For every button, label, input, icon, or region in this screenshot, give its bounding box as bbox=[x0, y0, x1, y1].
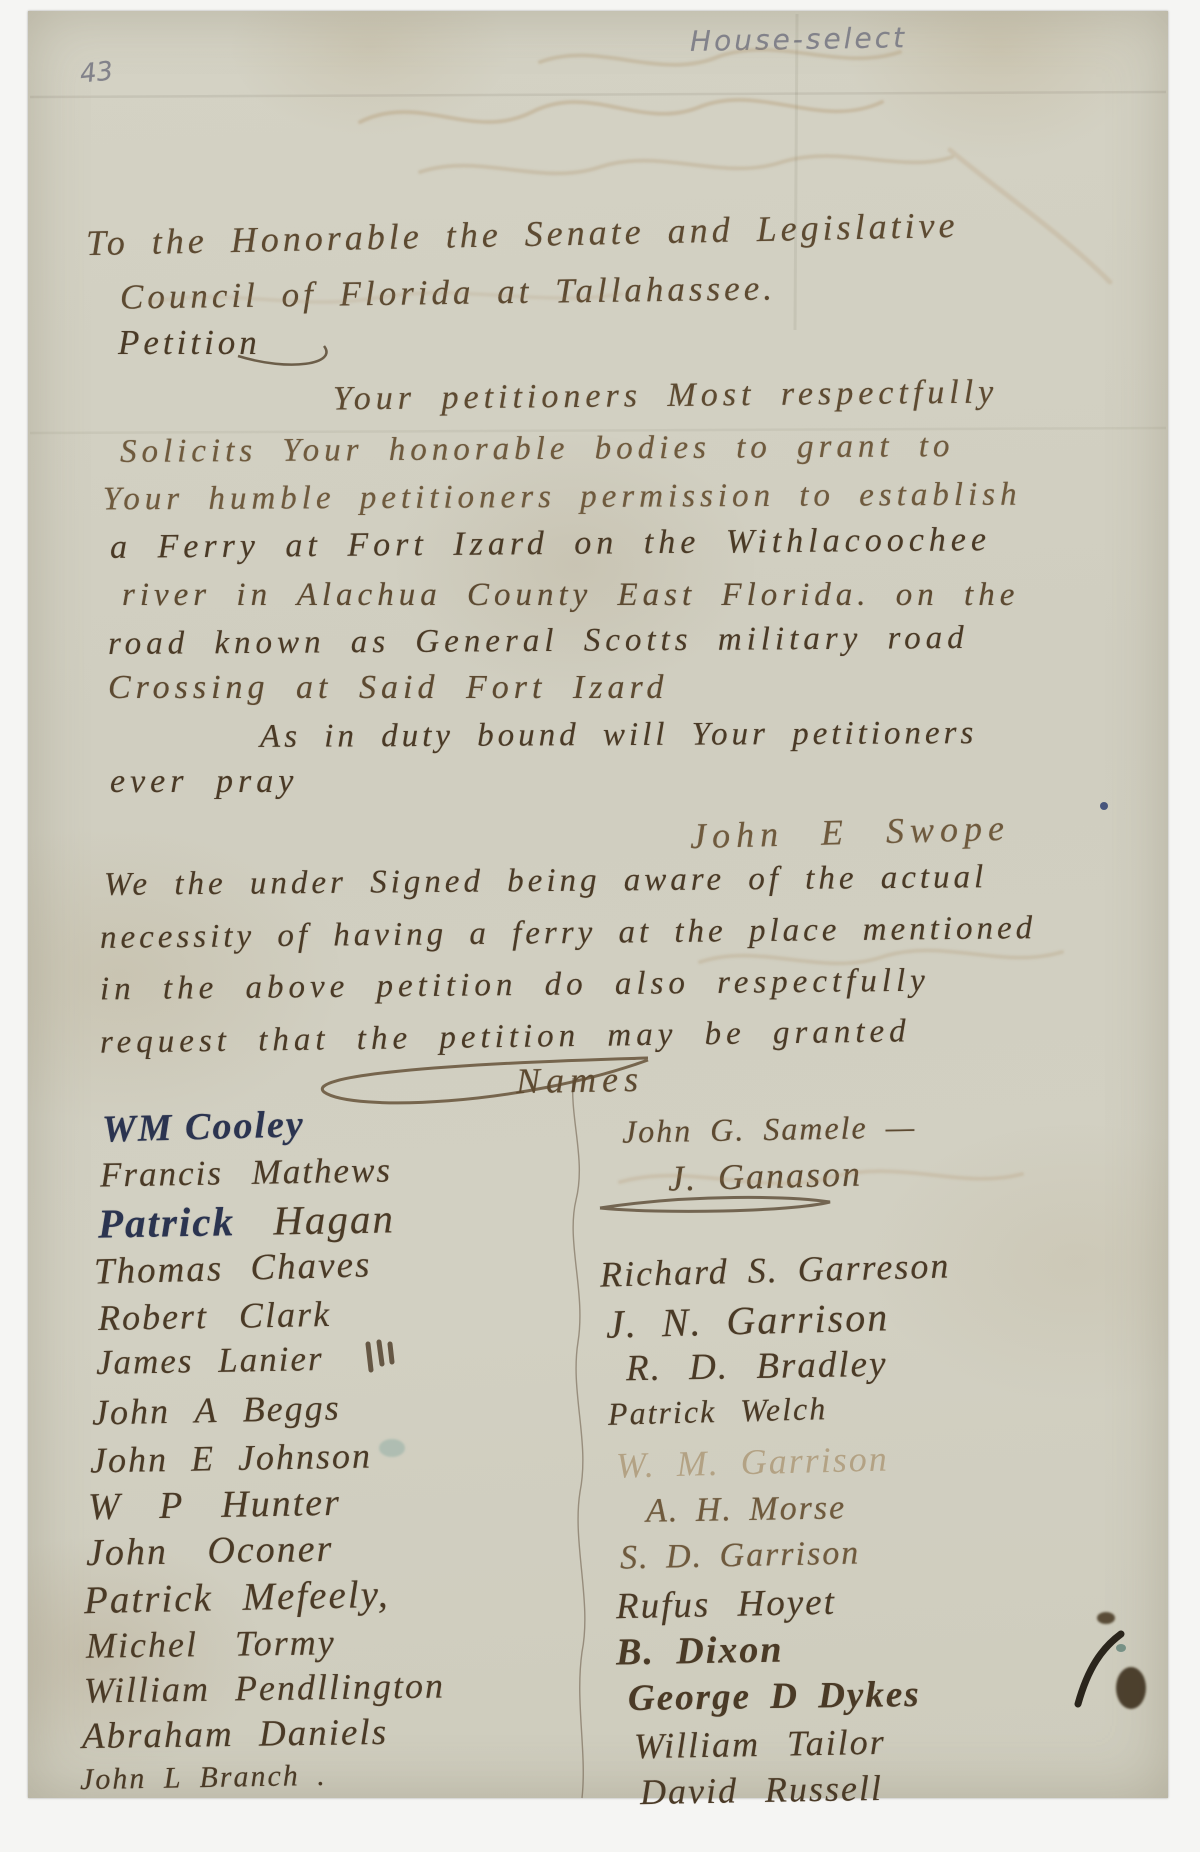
address-line-1: To the Honorable the Senate and Legislat… bbox=[86, 204, 959, 264]
signature-patrick-welch: Patrick Welch bbox=[608, 1390, 828, 1433]
signature-j-n-garrison: J. N. Garrison bbox=[605, 1293, 889, 1347]
signature-wm-cooley: WM Cooley bbox=[101, 1102, 305, 1151]
body-line-9: ever pray bbox=[110, 763, 298, 801]
signature-thomas-chaves: Thomas Chaves bbox=[93, 1243, 371, 1293]
signature-b-dixon: B. Dixon bbox=[616, 1628, 784, 1675]
signature-patrick-hagan-first: Patrick bbox=[98, 1198, 236, 1246]
signature-john-oconer: John Oconer bbox=[86, 1527, 334, 1575]
petition-label: Petition bbox=[118, 323, 261, 363]
signature-james-lanier: James Lanier bbox=[96, 1339, 324, 1383]
signature-george-d-dykes: George D Dykes bbox=[628, 1673, 921, 1720]
signature-s-d-garrison: S. D. Garrison bbox=[620, 1534, 861, 1577]
endorsement-line-1: We the under Signed being aware of the a… bbox=[104, 859, 988, 904]
signature-richard-s-garreson: Richard S. Garreson bbox=[600, 1244, 951, 1295]
signature-david-russell: David Russell bbox=[640, 1767, 884, 1813]
manuscript-page: 43 House-select To the Honorable the Sen… bbox=[28, 11, 1168, 1798]
pencil-page-number: 43 bbox=[79, 56, 115, 89]
body-line-3: Your humble petitioners permission to es… bbox=[103, 477, 1022, 519]
body-line-5: river in Alachua County East Florida. on… bbox=[122, 577, 1019, 614]
signature-patrick-mefeely: Patrick Mefeely, bbox=[84, 1572, 390, 1623]
signature-rufus-hoyet: Rufus Hoyet bbox=[616, 1581, 837, 1629]
body-line-4: a Ferry at Fort Izard on the Withlacooch… bbox=[110, 521, 991, 567]
petitioner-signature: John E Swope bbox=[690, 807, 1011, 857]
endorsement-line-4: request that the petition may be granted bbox=[100, 1013, 911, 1061]
signature-john-e-johnson: John E Johnson bbox=[90, 1435, 373, 1482]
names-header: Names bbox=[516, 1058, 645, 1102]
endorsement-line-3: in the above petition do also respectful… bbox=[100, 963, 930, 1009]
signature-j-ganason: J. Ganason bbox=[667, 1152, 862, 1199]
body-line-8: As in duty bound will Your petitioners bbox=[260, 715, 978, 756]
signature-john-a-beggs: John A Beggs bbox=[92, 1386, 341, 1433]
signature-michel-tormy: Michel Tormy bbox=[86, 1621, 336, 1666]
signature-francis-mathews: Francis Mathews bbox=[100, 1150, 393, 1195]
signature-r-d-bradley: R. D. Bradley bbox=[626, 1343, 888, 1391]
signature-abraham-daniels: Abraham Daniels bbox=[82, 1711, 389, 1758]
signature-patrick-hagan: Patrick Hagan bbox=[98, 1194, 396, 1247]
signature-william-pendllington: William Pendllington bbox=[84, 1664, 446, 1711]
signature-patrick-hagan-last: Hagan bbox=[273, 1195, 395, 1243]
body-line-7: Crossing at Said Fort Izard bbox=[108, 669, 668, 707]
signature-a-h-morse: A. H. Morse bbox=[646, 1489, 847, 1530]
signature-w-m-garrison: W. M. Garrison bbox=[615, 1437, 889, 1486]
body-line-6: road known as General Scotts military ro… bbox=[108, 620, 969, 663]
address-line-2: Council of Florida at Tallahassee. bbox=[120, 268, 776, 317]
signature-john-l-branch: John L Branch . bbox=[80, 1759, 327, 1797]
pencil-committee-note: House-select bbox=[690, 21, 908, 58]
signature-w-p-hunter: W P Hunter bbox=[88, 1481, 342, 1529]
body-line-1: Your petitioners Most respectfully bbox=[333, 374, 999, 419]
body-line-2: Solicits Your honorable bodies to grant … bbox=[120, 428, 955, 471]
endorsement-line-2: necessity of having a ferry at the place… bbox=[100, 910, 1036, 957]
signature-john-g-samele: John G. Samele — bbox=[622, 1108, 917, 1150]
signature-william-tailor: William Tailor bbox=[634, 1721, 886, 1767]
signature-robert-clark: Robert Clark bbox=[98, 1293, 332, 1339]
